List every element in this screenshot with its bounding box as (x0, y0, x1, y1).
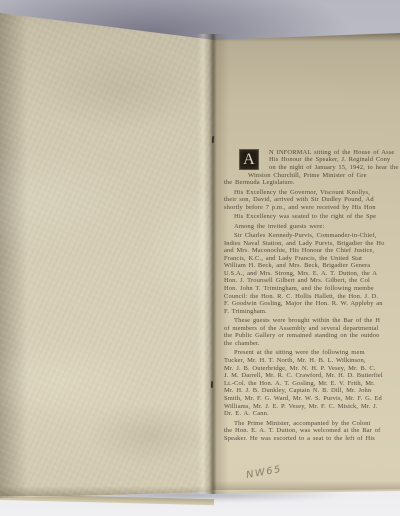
paragraph: His Excellency the Governor, Viscount Kn… (224, 189, 400, 212)
paragraph: Among the invited guests were: (224, 223, 400, 231)
paragraph: These guests were brought within the Bar… (224, 317, 400, 347)
text-line: Dr. E. A. Cann. (224, 410, 400, 418)
text-line: His Excellency the Governor, Viscount Kn… (224, 189, 400, 197)
text-line: Lt.-Col. the Hon. A. T. Gosling, Mr. E. … (224, 380, 400, 388)
text-line: The Prime Minister, accompanied by the C… (224, 420, 400, 428)
text-line: Council: the Hon. R. C. Hollis Hallett, … (224, 293, 400, 301)
text-line: Winston Churchill, Prime Minister of Gre (224, 172, 400, 180)
paragraph: His Excellency was seated to the right o… (224, 213, 400, 221)
text-line: Hon. John T. Trimingham, and the followi… (224, 285, 400, 293)
text-line: Francis, K.C., and Lady Francis, the Uni… (224, 255, 400, 263)
text-line: of members of the Assembly and several d… (224, 325, 400, 333)
text-line: Among the invited guests were: (224, 223, 400, 231)
text-line: Williams, Mr. J. E. P. Vesey, Mr. F. C. … (224, 403, 400, 411)
text-line: the Public Gallery or remained standing … (224, 332, 400, 340)
text-line: Smith, Mr. F. G. Ward, Mr. W. S. Purvis,… (224, 395, 400, 403)
paragraph: Present at the sitting were the followin… (224, 349, 400, 417)
text-line: Indies Naval Station, and Lady Purvis, B… (224, 240, 400, 248)
text-line: Hon. J. Trounsell Gilbert and Mrs. Gilbe… (224, 277, 400, 285)
drop-cap-initial: A (239, 149, 259, 170)
paragraph: The Prime Minister, accompanied by the C… (224, 420, 400, 443)
text-line: Mr. J. B. Outerbridge, Mr. N. H. P. Vese… (224, 365, 400, 373)
text-line: J. M. Darrell, Mr. R. C. Crawford, Mr. H… (224, 372, 400, 380)
text-line: These guests were brought within the Bar… (224, 317, 400, 325)
text-line: Mr. H. J. B. Dunkley, Captain N. B. Dill… (224, 387, 400, 395)
staple (211, 381, 213, 388)
page-text: A N INFORMAL sitting of the House of Ass… (224, 147, 400, 442)
text-line: U.S.A., and Mrs. Strong, Mrs. E. A. T. D… (224, 270, 400, 278)
text-line: their son, David, arrived with Sir Dudle… (224, 196, 400, 204)
text-line: the chamber. (224, 340, 400, 348)
text-line: shortly before 7 p.m., and were received… (224, 204, 400, 212)
text-line: F. Trimingham. (224, 308, 400, 316)
text-line: and Mrs. Maconochie, His Honour the Chie… (224, 247, 400, 255)
text-line: Sir Charles Kennedy-Purvis, Commander-in… (224, 232, 400, 240)
text-line: F. Goodwin Gosling, Major the Hon. R. W.… (224, 300, 400, 308)
paragraph: Sir Charles Kennedy-Purvis, Commander-in… (224, 232, 400, 316)
text-line: Tucker, Mr. H. T. North, Mr. H. B. L. Wi… (224, 357, 400, 365)
text-line: the Hon. E. A. T. Dutton, was welcomed a… (224, 427, 400, 435)
text-line: His Excellency was seated to the right o… (224, 213, 400, 221)
text-line: William H. Beck, and Mrs. Beck, Brigadie… (224, 262, 400, 270)
text-line: Speaker. He was escorted to a seat to th… (224, 435, 400, 443)
text-line: the Bermuda Legislature. (224, 179, 400, 187)
text-line: Present at the sitting were the followin… (224, 349, 400, 357)
photograph-of-open-booklet: A N INFORMAL sitting of the House of Ass… (0, 0, 400, 516)
